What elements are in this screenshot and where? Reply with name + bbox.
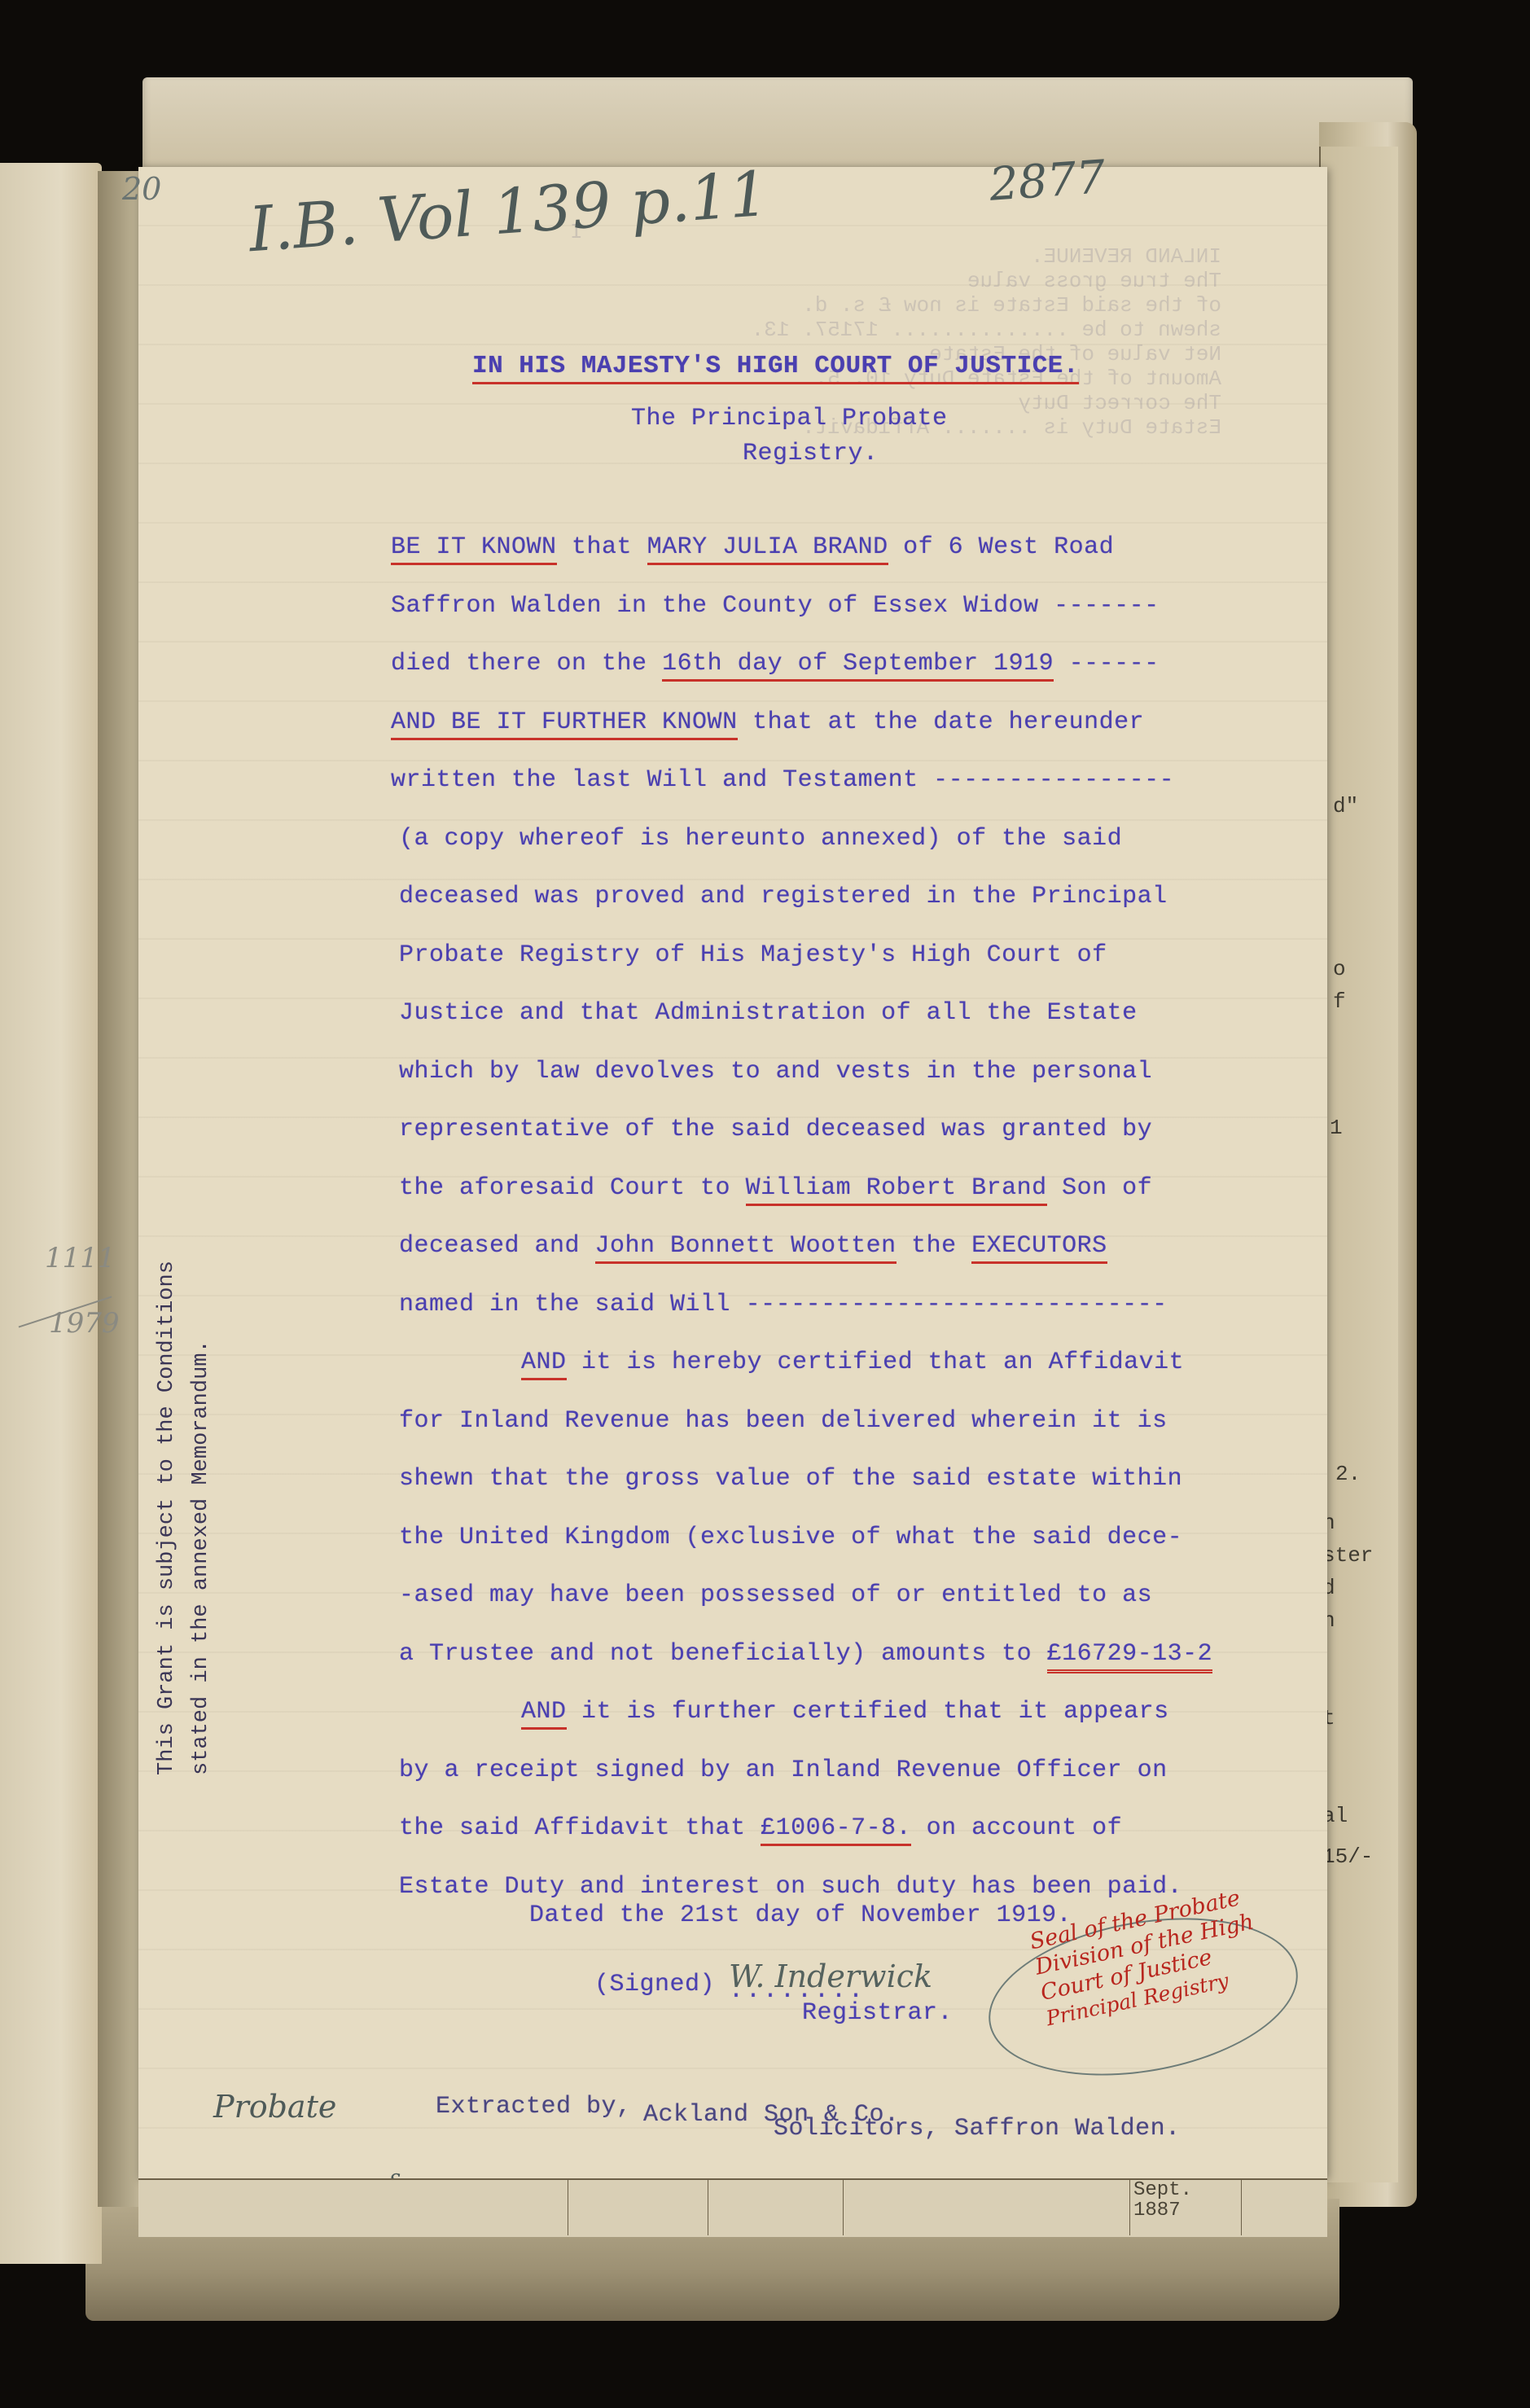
body-text: on account of: [911, 1814, 1122, 1842]
body-text: Saffron Walden in the County of Essex Wi…: [391, 592, 1160, 620]
body-text: Estate Duty and interest on such duty ha…: [399, 1873, 1182, 1901]
handwritten-fraction-top: 1111: [45, 1242, 116, 1274]
underlined-phrase: John Bonnett Wootten: [595, 1232, 897, 1264]
body-line: (a copy whereof is hereunto annexed) of …: [399, 825, 1122, 853]
right-edge-fragment: o: [1333, 957, 1346, 981]
body-line: for Inland Revenue has been delivered wh…: [399, 1407, 1168, 1435]
body-text: -ased may have been possessed of or enti…: [399, 1581, 1152, 1609]
right-edge-fragment: ster: [1322, 1543, 1373, 1568]
body-text: written the last Will and Testament ----…: [391, 766, 1174, 794]
footer-divider: [1129, 2178, 1130, 2235]
body-line: the aforesaid Court to William Robert Br…: [399, 1174, 1152, 1202]
body-text: it is further certified that it appears: [567, 1698, 1169, 1726]
footer-divider: [708, 2178, 708, 2235]
body-text: which by law devolves to and vests in th…: [399, 1058, 1152, 1086]
body-line: Probate Registry of His Majesty's High C…: [399, 941, 1107, 969]
body-line: a Trustee and not beneficially) amounts …: [399, 1640, 1212, 1668]
registrar-label: Registrar.: [802, 1999, 953, 2027]
body-text: Justice and that Administration of all t…: [399, 999, 1138, 1027]
ghost-line: shewn to be .............. 17157. 13.: [570, 318, 1221, 342]
body-line: written the last Will and Testament ----…: [391, 766, 1174, 794]
document-number-handwritten: 2877: [988, 151, 1107, 212]
right-edge-fragment: 15/-: [1322, 1844, 1373, 1869]
signed-label: (Signed): [594, 1971, 715, 1998]
back-sheet-top-edge: [142, 77, 1413, 175]
body-text: representative of the said deceased was …: [399, 1116, 1152, 1143]
right-edge-fragment: 2.: [1335, 1462, 1361, 1486]
body-line: died there on the 16th day of September …: [391, 650, 1160, 678]
dated-line: Dated the 21st day of November 1919.: [529, 1901, 1072, 1929]
underlined-phrase: £1006-7-8.: [761, 1814, 911, 1846]
body-text: it is hereby certified that an Affidavit: [567, 1349, 1185, 1376]
extracted-by-label: Extracted by,: [436, 2093, 632, 2121]
right-edge-fragment: f: [1333, 989, 1346, 1014]
court-heading-text: IN HIS MAJESTY'S HIGH COURT OF JUSTICE.: [472, 352, 1079, 384]
underlined-phrase: AND: [521, 1349, 567, 1380]
body-line: shewn that the gross value of the said e…: [399, 1465, 1182, 1493]
body-line: by a receipt signed by an Inland Revenue…: [399, 1757, 1168, 1784]
body-line: the said Affidavit that £1006-7-8. on ac…: [399, 1814, 1122, 1842]
underlined-phrase: EXECUTORS: [971, 1232, 1107, 1264]
left-facing-page: [0, 163, 102, 2264]
underlined-phrase: 16th day of September 1919: [662, 650, 1054, 682]
body-line: Estate Duty and interest on such duty ha…: [399, 1873, 1182, 1901]
probate-handwritten-label: Probate: [213, 2089, 336, 2125]
right-edge-fragment: 1: [1330, 1116, 1343, 1140]
footer-divider: [1241, 2178, 1242, 2235]
body-text: shewn that the gross value of the said e…: [399, 1465, 1182, 1493]
extracted-firm-address: Solicitors, Saffron Walden.: [774, 2115, 1181, 2143]
body-text: Probate Registry of His Majesty's High C…: [399, 941, 1107, 969]
body-line: deceased and John Bonnett Wootten the EX…: [399, 1232, 1107, 1260]
underlined-phrase: AND BE IT FURTHER KNOWN: [391, 708, 738, 740]
body-text: of 6 West Road: [888, 533, 1115, 561]
grant-conditions-note-line-1: This Grant is subject to the Conditions: [155, 1261, 179, 1775]
body-line: Saffron Walden in the County of Essex Wi…: [391, 592, 1160, 620]
body-text: named in the said Will -----------------…: [399, 1291, 1168, 1318]
underlined-phrase: AND: [521, 1698, 567, 1730]
body-text: deceased was proved and registered in th…: [399, 883, 1168, 910]
court-heading: IN HIS MAJESTY'S HIGH COURT OF JUSTICE.: [472, 352, 1079, 380]
registry-line-2: Registry.: [743, 440, 879, 467]
body-line: named in the said Will -----------------…: [399, 1291, 1168, 1318]
registry-line-1: The Principal Probate: [631, 405, 948, 432]
body-line: BE IT KNOWN that MARY JULIA BRAND of 6 W…: [391, 533, 1114, 561]
body-line: the United Kingdom (exclusive of what th…: [399, 1524, 1182, 1551]
underlying-sheet: [1319, 147, 1398, 2182]
form-date-month: Sept.: [1133, 2181, 1192, 2200]
underlined-phrase: William Robert Brand: [746, 1174, 1047, 1206]
handwritten-fraction-bottom: 1979: [49, 1307, 120, 1340]
body-text: the: [897, 1232, 972, 1260]
footer-divider: [568, 2178, 568, 2235]
body-line: representative of the said deceased was …: [399, 1116, 1152, 1143]
body-text: a Trustee and not beneficially) amounts …: [399, 1640, 1047, 1668]
body-text: the aforesaid Court to: [399, 1174, 746, 1202]
body-text: deceased and: [399, 1232, 595, 1260]
ghost-line: of the said Estate is now £ s. d.: [570, 293, 1221, 318]
body-line: Justice and that Administration of all t…: [399, 999, 1138, 1027]
page-number-handwritten: 20: [122, 171, 161, 207]
body-line: AND BE IT FURTHER KNOWN that at the date…: [391, 708, 1144, 736]
footer-divider: [843, 2178, 844, 2235]
body-text: by a receipt signed by an Inland Revenue…: [399, 1757, 1168, 1784]
body-text: Son of: [1047, 1174, 1153, 1202]
body-line: AND it is hereby certified that an Affid…: [521, 1349, 1184, 1376]
body-text: for Inland Revenue has been delivered wh…: [399, 1407, 1168, 1435]
ghost-line: INLAND REVENUE.: [570, 244, 1221, 269]
grant-conditions-note-line-2: stated in the annexed Memorandum.: [189, 1340, 213, 1775]
underlined-phrase: £16729-13-2: [1047, 1640, 1213, 1673]
body-text: the United Kingdom (exclusive of what th…: [399, 1524, 1182, 1551]
body-line: deceased was proved and registered in th…: [399, 883, 1168, 910]
body-text: ------: [1054, 650, 1160, 678]
body-text: that: [557, 533, 647, 561]
body-text: (a copy whereof is hereunto annexed) of …: [399, 825, 1122, 853]
body-line: which by law devolves to and vests in th…: [399, 1058, 1152, 1086]
right-edge-fragment: d": [1333, 794, 1358, 818]
underlined-phrase: MARY JULIA BRAND: [647, 533, 888, 565]
body-text: that at the date hereunder: [738, 708, 1145, 736]
body-line: AND it is further certified that it appe…: [521, 1698, 1169, 1726]
form-date-year: 1887: [1133, 2201, 1181, 2221]
underlined-phrase: BE IT KNOWN: [391, 533, 557, 565]
body-text: died there on the: [391, 650, 662, 678]
ghost-line: The true gross value: [570, 269, 1221, 293]
body-line: -ased may have been possessed of or enti…: [399, 1581, 1152, 1609]
body-text: the said Affidavit that: [399, 1814, 761, 1842]
